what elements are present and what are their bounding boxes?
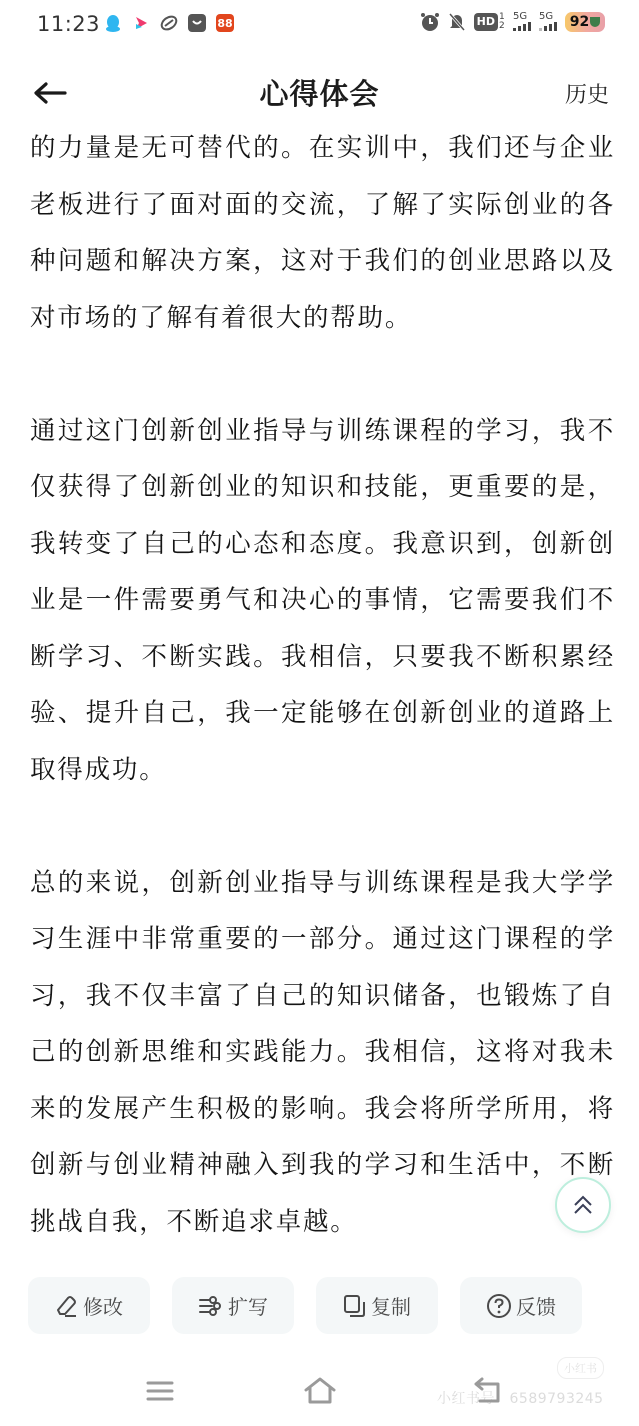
- status-time: 11:23: [37, 12, 100, 36]
- paragraph: 总的来说，创新创业指导与训练课程是我大学学习生涯中非常重要的一部分。通过这门课程…: [30, 855, 615, 1251]
- battery-leaf-icon: [590, 17, 600, 27]
- system-back-button[interactable]: [468, 1373, 508, 1409]
- eraser-edit-icon: [55, 1294, 79, 1318]
- edit-label: 修改: [83, 1291, 123, 1320]
- feedback-button[interactable]: 反馈: [460, 1277, 582, 1334]
- expand-text-icon: [198, 1294, 224, 1318]
- arrow-left-icon: [33, 81, 67, 105]
- back-button[interactable]: [30, 76, 70, 110]
- qq-icon: [104, 14, 122, 32]
- signal-icon-2: 5G: [539, 12, 557, 32]
- essay-content[interactable]: 的力量是无可替代的。在实训中，我们还与企业老板进行了面对面的交流，了解了实际创业…: [30, 120, 615, 1260]
- home-icon: [303, 1377, 337, 1405]
- scroll-to-top-button[interactable]: [555, 1177, 611, 1233]
- home-button[interactable]: [300, 1373, 340, 1409]
- status-app-icons: 88: [104, 14, 234, 32]
- recent-apps-button[interactable]: [140, 1373, 180, 1409]
- shopping-bag-icon: [188, 14, 206, 32]
- screen: 11:23 88 HD 1 2: [0, 0, 639, 1426]
- copy-label: 复制: [371, 1291, 411, 1320]
- return-arrow-icon: [472, 1377, 504, 1405]
- expand-button[interactable]: 扩写: [172, 1277, 294, 1334]
- copy-icon: [343, 1294, 367, 1318]
- paragraph: 的力量是无可替代的。在实训中，我们还与企业老板进行了面对面的交流，了解了实际创业…: [30, 120, 615, 346]
- signal-icon-1: 5G: [513, 12, 531, 32]
- edit-button[interactable]: 修改: [28, 1277, 150, 1334]
- history-button[interactable]: 历史: [565, 78, 609, 109]
- video-app-icon: [132, 14, 150, 32]
- red-app-icon: 88: [216, 14, 234, 32]
- hd-voice-icon: HD 1 2: [474, 12, 505, 32]
- action-bar: 修改 扩写 复制 反馈: [28, 1277, 582, 1334]
- copy-button[interactable]: 复制: [316, 1277, 438, 1334]
- expand-label: 扩写: [228, 1291, 268, 1320]
- menu-lines-icon: [146, 1379, 174, 1403]
- alarm-icon: [420, 12, 440, 32]
- double-chevron-up-icon: [572, 1194, 594, 1216]
- feedback-label: 反馈: [516, 1291, 556, 1320]
- page-title: 心得体会: [0, 72, 639, 113]
- question-feedback-icon: [486, 1293, 512, 1319]
- mute-bell-icon: [448, 12, 466, 32]
- title-bar: 心得体会 历史: [0, 60, 639, 126]
- status-indicators: HD 1 2 5G 5G 92: [420, 12, 605, 32]
- paragraph: 通过这门创新创业指导与训练课程的学习，我不仅获得了创新创业的知识和技能，更重要的…: [30, 403, 615, 799]
- link-app-icon: [160, 14, 178, 32]
- system-nav-bar: [0, 1365, 639, 1415]
- battery-indicator: 92: [565, 12, 605, 32]
- status-bar: 11:23 88 HD 1 2: [0, 0, 639, 52]
